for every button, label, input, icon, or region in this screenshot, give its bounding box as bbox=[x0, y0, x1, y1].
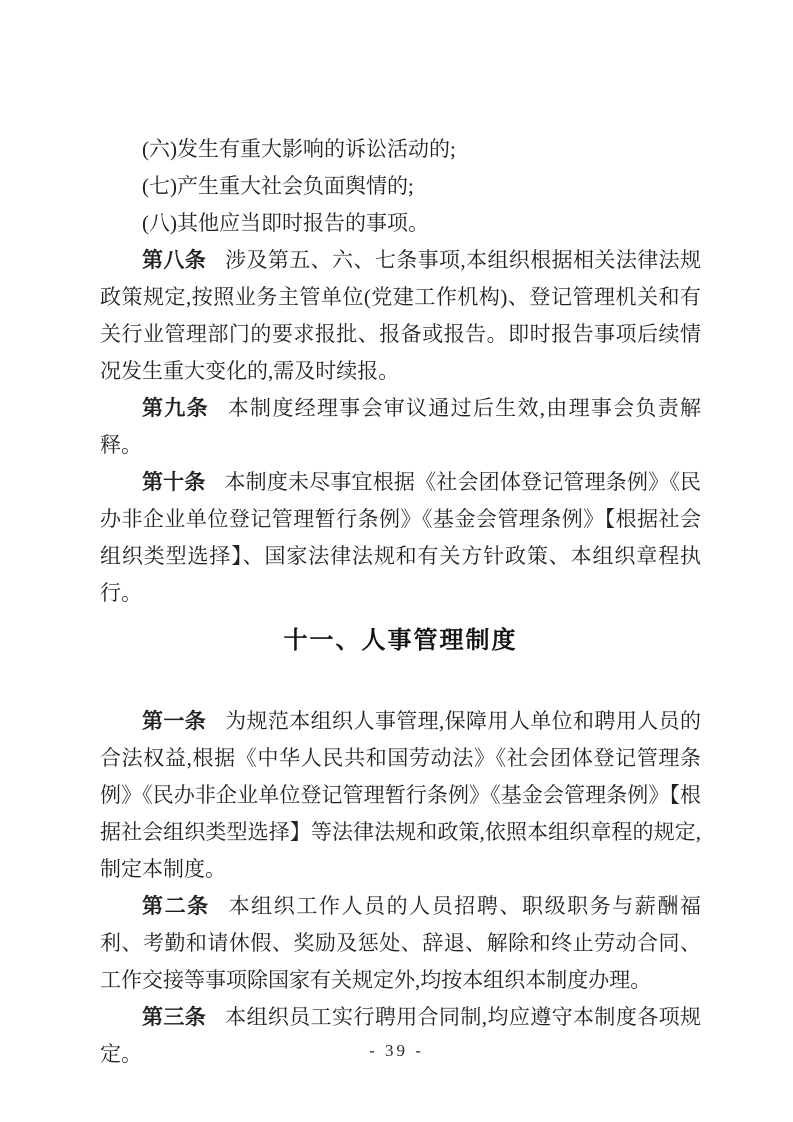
article-1: 第一条为规范本组织人事管理,保障用人单位和聘用人员的合法权益,根据《中华人民共和… bbox=[100, 703, 701, 888]
article-1-term: 第一条 bbox=[142, 709, 206, 733]
article-10-term: 第十条 bbox=[142, 470, 206, 494]
article-3-term: 第三条 bbox=[142, 1005, 206, 1029]
article-8: 第八条涉及第五、六、七条事项,本组织根据相关法律法规政策规定,按照业务主管单位(… bbox=[100, 242, 701, 390]
document-body: (六)发生有重大影响的诉讼活动的; (七)产生重大社会负面舆情的; (八)其他应… bbox=[100, 131, 701, 1073]
list-item-6-text: (六)发生有重大影响的诉讼活动的; bbox=[142, 137, 456, 161]
article-9: 第九条本制度经理事会审议通过后生效,由理事会负责解释。 bbox=[100, 390, 701, 464]
section-heading: 十一、人事管理制度 bbox=[100, 622, 701, 659]
article-10: 第十条本制度未尽事宜根据《社会团体登记管理条例》《民办非企业单位登记管理暂行条例… bbox=[100, 464, 701, 612]
page-number: - 39 - bbox=[0, 1041, 793, 1061]
article-9-term: 第九条 bbox=[142, 396, 209, 420]
article-2: 第二条本组织工作人员的人员招聘、职级职务与薪酬福利、考勤和请休假、奖励及惩处、辞… bbox=[100, 888, 701, 999]
article-1-text: 为规范本组织人事管理,保障用人单位和聘用人员的合法权益,根据《中华人民共和国劳动… bbox=[100, 709, 701, 881]
article-8-term: 第八条 bbox=[142, 248, 206, 272]
list-item-6: (六)发生有重大影响的诉讼活动的; bbox=[100, 131, 701, 168]
document-page: (六)发生有重大影响的诉讼活动的; (七)产生重大社会负面舆情的; (八)其他应… bbox=[0, 0, 793, 1122]
article-3: 第三条本组织员工实行聘用合同制,均应遵守本制度各项规定。 bbox=[100, 999, 701, 1073]
list-item-8-text: (八)其他应当即时报告的事项。 bbox=[142, 211, 429, 235]
article-2-term: 第二条 bbox=[142, 894, 210, 918]
list-item-8: (八)其他应当即时报告的事项。 bbox=[100, 205, 701, 242]
list-item-7: (七)产生重大社会负面舆情的; bbox=[100, 168, 701, 205]
list-item-7-text: (七)产生重大社会负面舆情的; bbox=[142, 174, 414, 198]
